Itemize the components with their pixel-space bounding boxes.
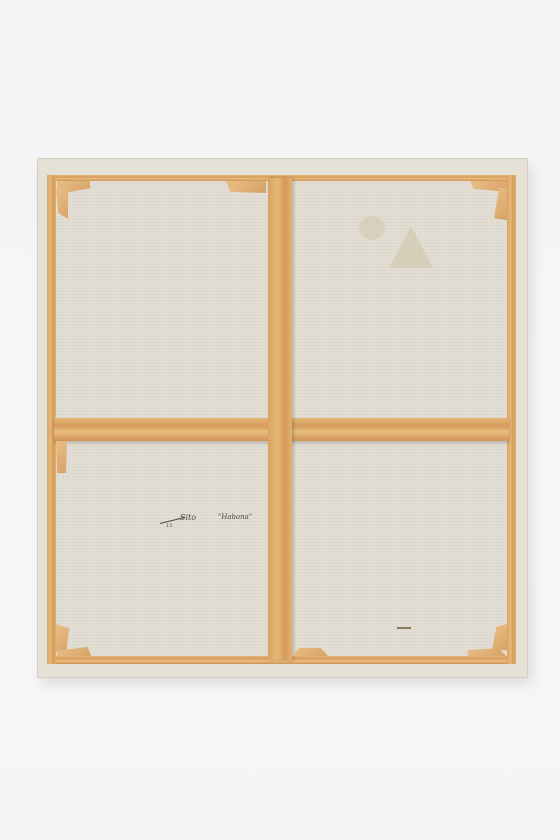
- stain-triangle: [389, 226, 433, 268]
- linen-panel-top-left: [54, 180, 268, 418]
- inscription: Sito 15 "Habana": [160, 513, 270, 535]
- canvas-back: Sito 15 "Habana": [37, 158, 528, 678]
- center-key-top: [226, 181, 266, 193]
- linen-panel-bottom-right: [292, 441, 514, 657]
- signature-mark: 15: [166, 523, 172, 529]
- side-key-left-middle: [56, 441, 67, 473]
- cross-bar-vertical: [268, 178, 292, 660]
- linen-panel-top-right: [292, 180, 514, 418]
- stain-mark: [359, 216, 385, 240]
- signature: Sito: [180, 513, 196, 522]
- linen-panel-bottom-left: [54, 441, 268, 657]
- small-mark: [397, 627, 411, 629]
- artwork-title: "Habana": [218, 513, 252, 521]
